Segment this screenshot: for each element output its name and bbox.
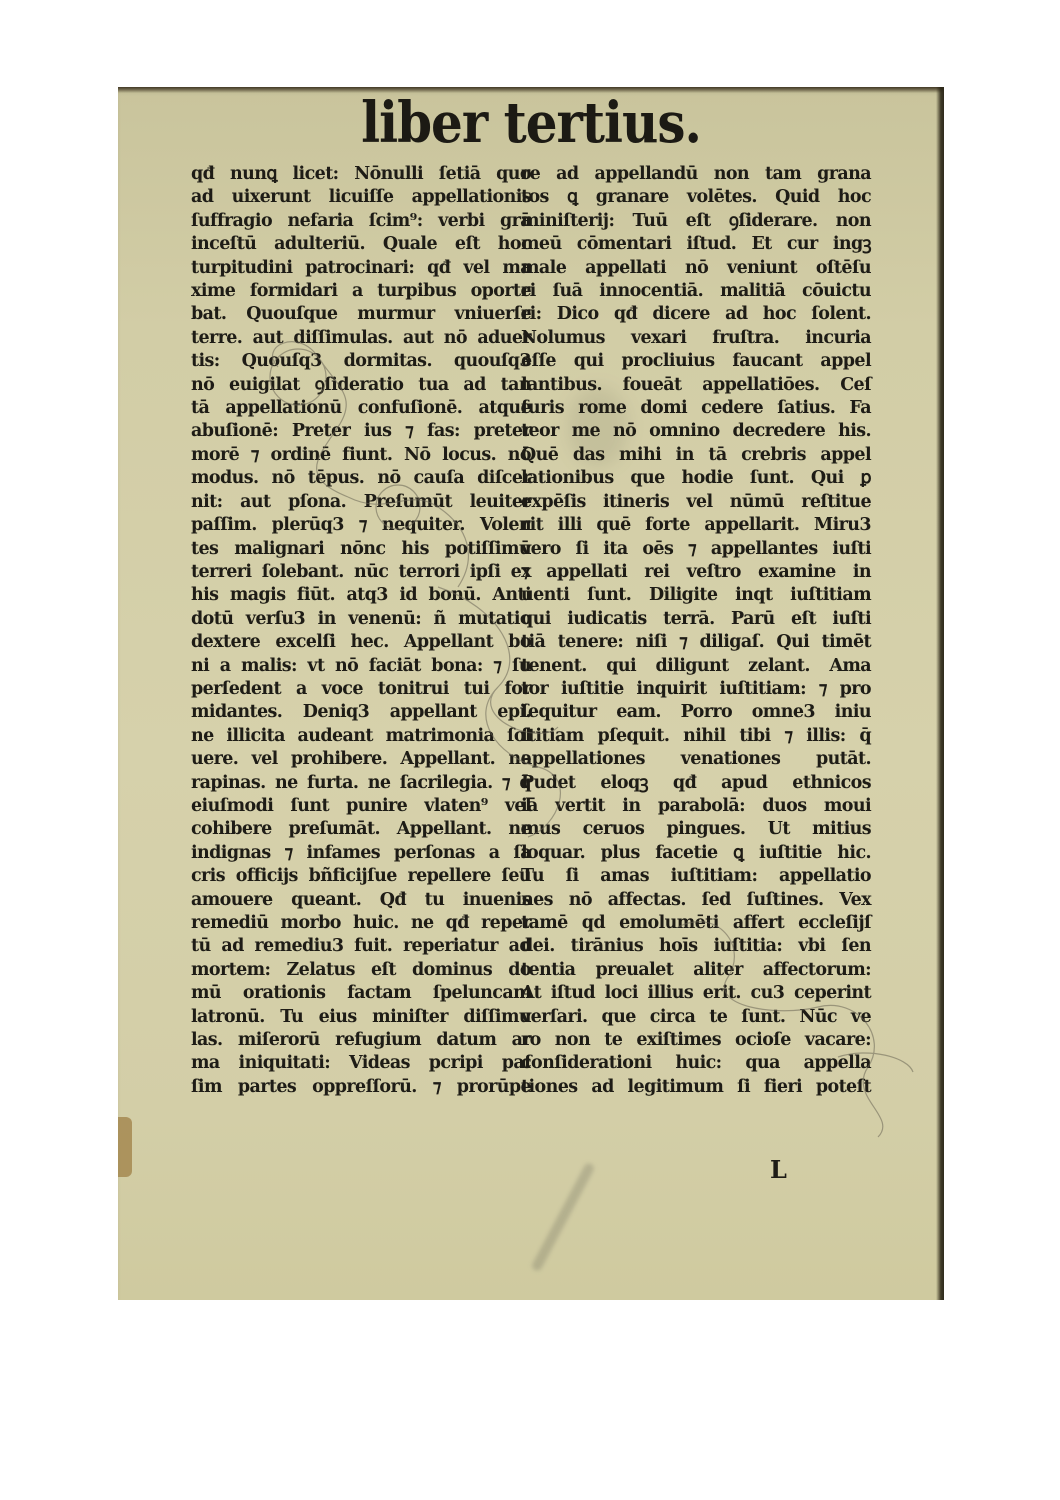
text-line: verſari. que circa te ſunt. Nūc ve — [521, 1006, 871, 1029]
text-line: ri: Dico qđ dicere ad hoc ſolent. — [521, 303, 871, 326]
text-line: ⁊ appellati rei veſtro examine in — [521, 561, 871, 584]
text-line: modus. nō tēpus. nō cauſa diſcer — [191, 467, 531, 490]
text-line: rapinas. ne furta. ne ſacrilegia. ⁊ q̄ — [191, 772, 531, 795]
text-line: Quē das mihi in tā crebris appel — [521, 444, 871, 467]
text-line: nit: aut pſona. Preſumūt leuiter — [191, 491, 531, 514]
text-line: conſiderationi huic: qua appella — [521, 1052, 871, 1075]
text-line: ni a malis: vt nō faciāt bona: ⁊ ſu — [191, 655, 531, 678]
text-line: mortem: Zelatus eſt dominus do — [191, 959, 531, 982]
text-line: lationibus que hodie ſunt. Qui ꝑ — [521, 467, 871, 490]
text-column-left: qđ nunꝗ licet: Nōnulli ſetiā quoad uixer… — [191, 163, 531, 1099]
signature-mark: L — [770, 1155, 787, 1184]
text-line: remediū morbo huic. ne qđ reper — [191, 912, 531, 935]
text-line: tis: Quouſq3 dormitas. quouſq3 — [191, 350, 531, 373]
text-line: uere. vel prohibere. Appellant. ne — [191, 748, 531, 771]
text-line: tā appellationū confuſionē. atque — [191, 397, 531, 420]
text-line: terreri ſolebant. nūc terrori ipſi ex — [191, 561, 531, 584]
text-line: tamē qd emolumēti affert eccleſijſ — [521, 912, 871, 935]
text-line: Nolumus vexari fruſtra. incuria — [521, 327, 871, 350]
text-line: amouere queant. Qđ tu inuenis — [191, 889, 531, 912]
text-line: tes malignari nōnc his potiſſimū — [191, 538, 531, 561]
text-line: teor me nō omnino decredere his. — [521, 420, 871, 443]
text-line: ro non te exiſtimes ocioſe vacare: — [521, 1029, 871, 1052]
text-line: tor iuſtitie inquirit iuſtitiam: ⁊ pro — [521, 678, 871, 701]
text-line: turpitudini patrocinari: qđ vel ma — [191, 257, 531, 280]
text-line: vero ſi ita oēs ⁊ appellantes iuſti — [521, 538, 871, 561]
text-line: perſedent a voce tonitrui tui for — [191, 678, 531, 701]
text-line: indignas ⁊ infames perſonas a ſa — [191, 842, 531, 865]
text-line: tū ad remediu3 fuit. reperiatur ad — [191, 935, 531, 958]
text-line: expēſis itineris vel nūmū reſtitue — [521, 491, 871, 514]
text-line: dei. tirānius hoīs iuſtitia: vbi ſen — [521, 935, 871, 958]
text-line: re ad appellandū non tam grana — [521, 163, 871, 186]
text-line: cris officijs bñficijſue repellere ſeu — [191, 865, 531, 888]
text-line: inceſtū adulteriū. Quale eſt hoc — [191, 233, 531, 256]
text-line: loquar. plus facetie ꝗ iuſtitie hic. — [521, 842, 871, 865]
text-line: rit illi quē forte appellarit. Miru3 — [521, 514, 871, 537]
text-line: ſtitiam pſequit. nihil tibi ⁊ illis: q̄ — [521, 725, 871, 748]
text-line: ad uixerunt licuiſſe appellationis — [191, 186, 531, 209]
text-line: qui iudicatis terrā. Parū eſt iuſti — [521, 608, 871, 631]
text-line: dextere excelſi hec. Appellant bo — [191, 631, 531, 654]
text-line: xime formidari a turpibus oporte — [191, 280, 531, 303]
text-line: tenent. qui diligunt zelant. Ama — [521, 655, 871, 678]
text-line: uenti ſunt. Diligite inqt iuſtitiam — [521, 584, 871, 607]
text-line: midantes. Deniq3 appellant epi. — [191, 701, 531, 724]
text-line: tiā tenere: niſi ⁊ diligaſ. Qui timēt — [521, 631, 871, 654]
text-line: mū orationis factam ſpeluncam — [191, 982, 531, 1005]
text-line: nō euigilat ꝯſideratio tua ad tan — [191, 374, 531, 397]
text-line: ſequitur eam. Porro omne3 iniu — [521, 701, 871, 724]
text-line: Pudet eloqꝫ qđ apud ethnicos — [521, 772, 871, 795]
text-line: tiones ad legitimum ſi fieri poteſt — [521, 1076, 871, 1099]
text-line: eſſe qui procliuius faucant appel — [521, 350, 871, 373]
text-line: his magis fiūt. atq3 id bonū. Anti — [191, 584, 531, 607]
text-line: iā vertit in parabolā: duos moui — [521, 795, 871, 818]
text-line: At iſtud loci illius erit. cu3 ceperint — [521, 982, 871, 1005]
ink-smudge — [530, 1162, 595, 1273]
text-line: meū cōmentari iſtud. Et cur ingꝫ — [521, 233, 871, 256]
text-line: ſuffragio nefaria ſcim⁹: verbi grā — [191, 210, 531, 233]
text-line: abuſionē: Preter ius ⁊ fas: preter — [191, 420, 531, 443]
text-line: male appellati nō veniunt oſtēſu — [521, 257, 871, 280]
running-head: liber tertius. — [118, 89, 944, 155]
stain-mark — [118, 1117, 132, 1177]
text-line: latronū. Tu eius miniſter diſſimu — [191, 1006, 531, 1029]
text-line: cohibere preſumāt. Appellant. ne — [191, 818, 531, 841]
text-line: lantibus. foueāt appellatiōes. Ceſ — [521, 374, 871, 397]
text-line: ne illicita audeant matrimonia ſol — [191, 725, 531, 748]
text-line: bat. Quouſque murmur vniuerſe — [191, 303, 531, 326]
text-line: miniſterij: Tuū eſt ꝯſiderare. non — [521, 210, 871, 233]
text-line: mus ceruos pingues. Ut mitius — [521, 818, 871, 841]
text-line: nes nō affectas. ſed ſuſtines. Vex — [521, 889, 871, 912]
text-line: eiuſmodi ſunt punire vlaten⁹ vel — [191, 795, 531, 818]
text-line: qđ nunꝗ licet: Nōnulli ſetiā quo — [191, 163, 531, 186]
manuscript-page: liber tertius. qđ nunꝗ licet: Nōnulli ſe… — [118, 87, 944, 1300]
text-line: paſſim. plerūq3 ⁊ nequiter. Volen — [191, 514, 531, 537]
text-line: ma iniquitati: Videas pcripi paſ — [191, 1052, 531, 1075]
text-line: ſuris rome domi cedere ſatius. Fa — [521, 397, 871, 420]
text-line: tos ꝗ granare volētes. Quid hoc — [521, 186, 871, 209]
text-column-right: re ad appellandū non tam granatos ꝗ gran… — [521, 163, 871, 1099]
text-line: ſim partes oppreſſorū. ⁊ prorūpe — [191, 1076, 531, 1099]
text-line: ri ſuā innocentiā. malitiā cōuictu — [521, 280, 871, 303]
text-line: appellationes venationes putāt. — [521, 748, 871, 771]
text-line: terre. aut diſſimulas. aut nō aduer — [191, 327, 531, 350]
text-line: las. miſerorū refugium datum ar — [191, 1029, 531, 1052]
text-line: Tu ſi amas iuſtitiam: appellatio — [521, 865, 871, 888]
text-line: morē ⁊ ordinē fiunt. Nō locus. nō — [191, 444, 531, 467]
text-line: dotū verſu3 in venenū: ñ mutatio — [191, 608, 531, 631]
text-line: tentia preualet aliter affectorum: — [521, 959, 871, 982]
page-edge-shadow — [936, 87, 944, 1300]
